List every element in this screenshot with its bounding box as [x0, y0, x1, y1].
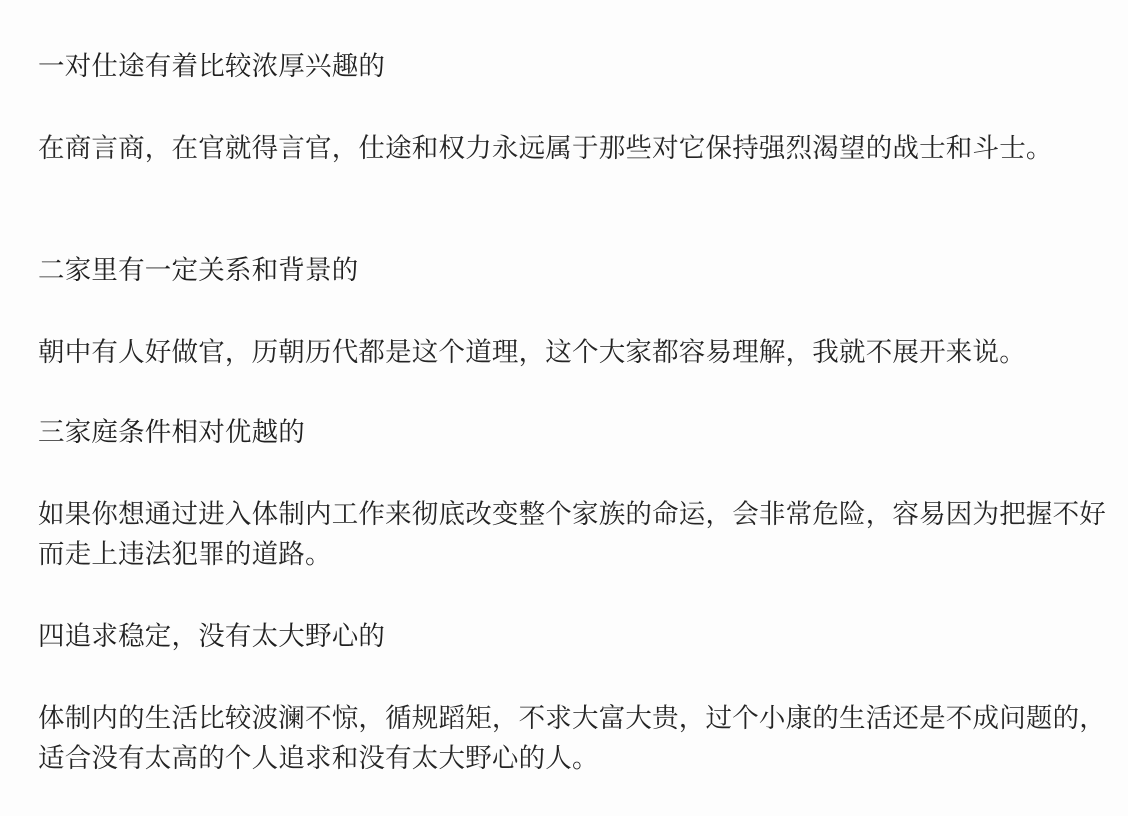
section-2-heading: 二家里有一定关系和背景的 [38, 251, 1108, 291]
section-2-body: 朝中有人好做官，历朝历代都是这个道理，这个大家都容易理解，我就不展开来说。 [38, 333, 1108, 373]
section-4-body: 体制内的生活比较波澜不惊，循规蹈矩，不求大富大贵，过个小康的生活还是不成问题的，… [38, 699, 1108, 779]
section-1-heading: 一对仕途有着比较浓厚兴趣的 [38, 47, 1108, 87]
section-3-body: 如果你想通过进入体制内工作来彻底改变整个家族的命运，会非常危险，容易因为把握不好… [38, 495, 1108, 575]
section-4-heading: 四追求稳定，没有太大野心的 [38, 617, 1108, 657]
section-3-heading: 三家庭条件相对优越的 [38, 413, 1108, 453]
section-1-body: 在商言商，在官就得言官，仕途和权力永远属于那些对它保持强烈渴望的战士和斗士。 [38, 129, 1108, 169]
